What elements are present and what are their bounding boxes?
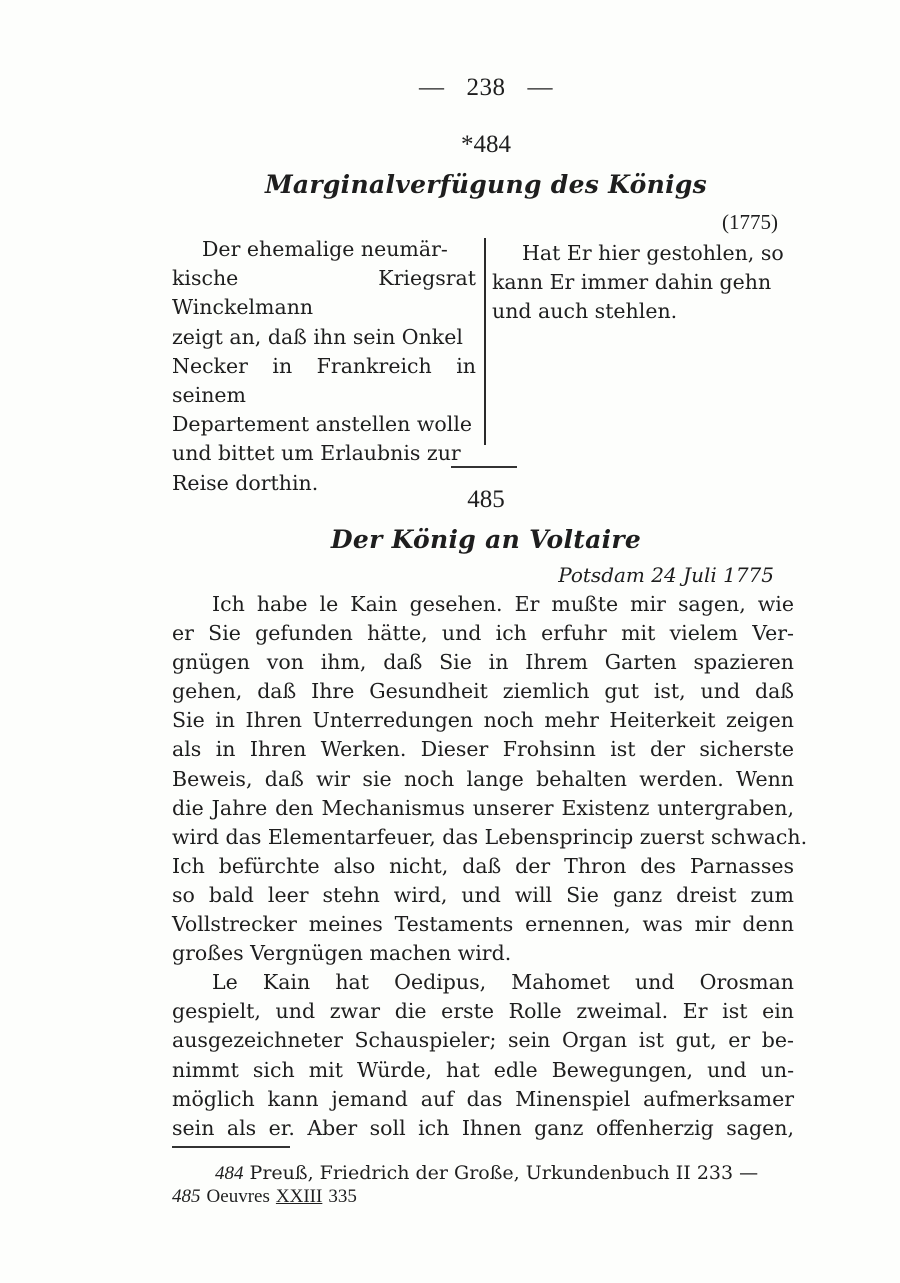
letter-line: nimmt sich mit Würde, hat edle Bewegunge… xyxy=(172,1056,794,1085)
footnote-484-text: Preuß, Friedrich der Große, Urkundenbuch… xyxy=(250,1162,759,1184)
letter-line: sein als er. Aber soll ich Ihnen ganz of… xyxy=(172,1114,794,1143)
doc-485-title: Der König an Voltaire xyxy=(0,525,900,554)
doc-484-petition-column: Der ehemalige neumär- kische Kriegsrat W… xyxy=(172,235,476,498)
footnote-rule xyxy=(172,1146,290,1148)
letter-line: die Jahre den Mechanismus unserer Existe… xyxy=(172,794,794,823)
letter-line: gnügen von ihm, daß Sie in Ihrem Garten … xyxy=(172,648,794,677)
letter-line: er Sie gefunden hätte, und ich erfuhr mi… xyxy=(172,619,794,648)
letter-line: Le Kain hat Oedipus, Mahomet und Orosman xyxy=(212,970,794,994)
letter-line: gespielt, und zwar die erste Rolle zweim… xyxy=(172,997,794,1026)
doc-484-royal-reply-column: Hat Er hier gestohlen, so kann Er immer … xyxy=(492,239,799,327)
reply-line: kann Er immer dahin gehn xyxy=(492,270,771,294)
letter-line: als in Ihren Werken. Dieser Frohsinn ist… xyxy=(172,735,794,764)
column-divider xyxy=(484,238,486,445)
letter-line: Beweis, daß wir sie noch lange behalten … xyxy=(172,765,794,794)
letter-line: Sie in Ihren Unterredungen noch mehr Hei… xyxy=(172,706,794,735)
page-number-dash-left: — xyxy=(419,74,445,102)
footnote-485-page: 335 xyxy=(328,1186,357,1207)
reply-line: und auch stehlen. xyxy=(492,299,677,323)
petition-line: kische Kriegsrat Winckelmann xyxy=(172,266,476,319)
doc-485-letter-body: Ich habe le Kain gesehen. Er mußte mir s… xyxy=(172,590,794,1143)
doc-485-number: 485 xyxy=(0,486,900,514)
doc-485-dateline: Potsdam 24 Juli 1775 xyxy=(558,563,774,587)
footnote-485-number: 485 xyxy=(172,1186,201,1207)
letter-line: ausgezeichneter Schauspieler; sein Organ… xyxy=(172,1026,794,1055)
petition-line: und bittet um Erlaubnis zur xyxy=(172,441,461,465)
footnotes: 484 Preuß, Friedrich der Große, Urkunden… xyxy=(172,1162,802,1208)
doc-484-year: (1775) xyxy=(722,210,778,235)
letter-line: möglich kann jemand auf das Minenspiel a… xyxy=(172,1085,794,1114)
petition-line: Der ehemalige neumär- xyxy=(202,237,448,261)
page-number-dash-right: — xyxy=(528,74,554,102)
letter-line: wird das Elementarfeuer, das Lebensprinc… xyxy=(172,823,794,852)
letter-line: so bald leer stehn wird, und will Sie ga… xyxy=(172,881,794,910)
footnote-485-text: Oeuvres xyxy=(207,1186,270,1207)
letter-line: großes Vergnügen machen wird. xyxy=(172,939,794,968)
footnote-485: 485 Oeuvres XXIII 335 xyxy=(172,1185,357,1207)
letter-line: Ich habe le Kain gesehen. Er mußte mir s… xyxy=(212,592,794,616)
letter-line: gehen, daß Ihre Gesundheit ziemlich gut … xyxy=(172,677,794,706)
page-number-value: 238 xyxy=(467,74,506,101)
reply-line: Hat Er hier gestohlen, so xyxy=(522,241,784,265)
doc-484-number: *484 xyxy=(0,131,900,159)
footnote-484: 484 Preuß, Friedrich der Große, Urkunden… xyxy=(172,1162,802,1185)
page-number: —238— xyxy=(0,74,900,102)
footnote-485-volume: XXIII xyxy=(276,1186,322,1207)
petition-line: zeigt an, daß ihn sein Onkel xyxy=(172,325,463,349)
doc-484-title: Marginalverfügung des Königs xyxy=(0,170,900,199)
petition-line: Necker in Frankreich in seinem xyxy=(172,354,476,407)
footnote-484-number: 484 xyxy=(215,1163,244,1184)
letter-line: Ich befürchte also nicht, daß der Thron … xyxy=(172,852,794,881)
letter-line: Vollstrecker meines Testaments ernennen,… xyxy=(172,910,794,939)
section-separator xyxy=(451,466,517,468)
petition-line: Departement anstellen wolle xyxy=(172,412,472,436)
